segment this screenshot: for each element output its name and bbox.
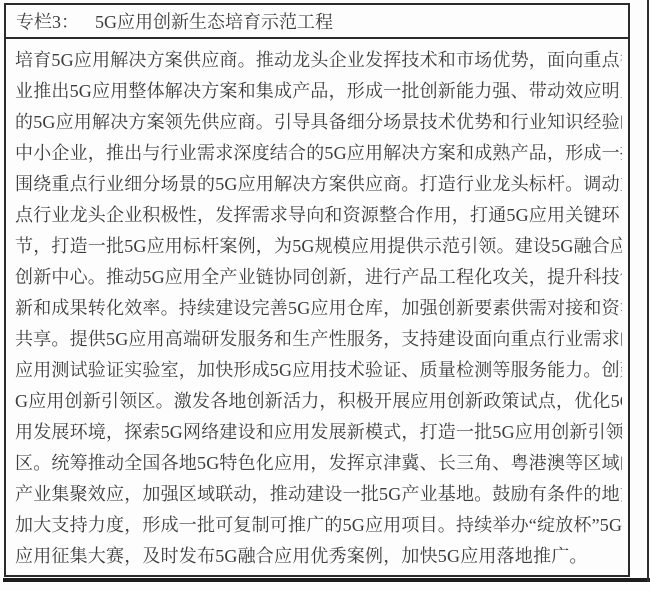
bottom-border-line (3, 578, 650, 582)
body-text-line: 围绕重点行业细分场景的5G应用解决方案供应商。打造行业龙头标杆。调动重 (15, 169, 622, 200)
body-text-line: G应用创新引领区。激发各地创新活力，积极开展应用创新政策试点，优化5G应 (15, 386, 622, 417)
callout-label: 专栏3： (16, 8, 79, 34)
callout-body: 培育5G应用解决方案供应商。推动龙头企业发挥技术和市场优势，面向重点行业推出5G… (6, 39, 628, 572)
body-text-line: 产业集聚效应，加强区域联动，推动建设一批5G产业基地。鼓励有条件的地方 (15, 479, 622, 510)
right-edge-line (647, 0, 649, 582)
body-text-line: 节，打造一批5G应用标杆案例，为5G规模应用提供示范引领。建设5G融合应用 (15, 231, 622, 262)
body-text-line: 培育5G应用解决方案供应商。推动龙头企业发挥技术和市场优势，面向重点行 (15, 45, 622, 76)
body-text-line: 区。统筹推动全国各地5G特色化应用，发挥京津冀、长三角、粤港澳等区域的 (15, 448, 622, 479)
body-text-line: 业推出5G应用整体解决方案和集成产品，形成一批创新能力强、带动效应明显 (15, 76, 622, 107)
body-text-line: 新和成果转化效率。持续建设完善5G应用仓库，加强创新要素供需对接和资源 (15, 293, 622, 324)
body-text-line: 创新中心。推动5G应用全产业链协同创新，进行产品工程化攻关，提升科技创 (15, 262, 622, 293)
body-text-line: 共享。提供5G应用高端研发服务和生产性服务，支持建设面向重点行业需求的 (15, 324, 622, 355)
callout-header: 专栏3： 5G应用创新生态培育示范工程 (6, 5, 628, 39)
callout-title: 5G应用创新生态培育示范工程 (95, 8, 333, 34)
document-page: 专栏3： 5G应用创新生态培育示范工程 培育5G应用解决方案供应商。推动龙头企业… (0, 0, 650, 591)
body-text-line: 中小企业，推出与行业需求深度结合的5G应用解决方案和成熟产品，形成一批 (15, 138, 622, 169)
body-text-line: 用发展环境，探索5G网络建设和应用发展新模式，打造一批5G应用创新引领 (15, 417, 622, 448)
body-text-line: 应用测试验证实验室，加快形成5G应用技术验证、质量检测等服务能力。创建5 (15, 355, 622, 386)
body-text-line: 加大支持力度，形成一批可复制可推广的5G应用项目。持续举办“绽放杯”5G (15, 510, 622, 541)
body-text-line: 应用征集大赛，及时发布5G融合应用优秀案例，加快5G应用落地推广。 (15, 541, 622, 572)
callout-box: 专栏3： 5G应用创新生态培育示范工程 培育5G应用解决方案供应商。推动龙头企业… (4, 3, 630, 577)
body-text-line: 点行业龙头企业积极性，发挥需求导向和资源整合作用，打通5G应用关键环 (15, 200, 622, 231)
body-text-line: 的5G应用解决方案领先供应商。引导具备细分场景技术优势和行业知识经验的 (15, 107, 622, 138)
